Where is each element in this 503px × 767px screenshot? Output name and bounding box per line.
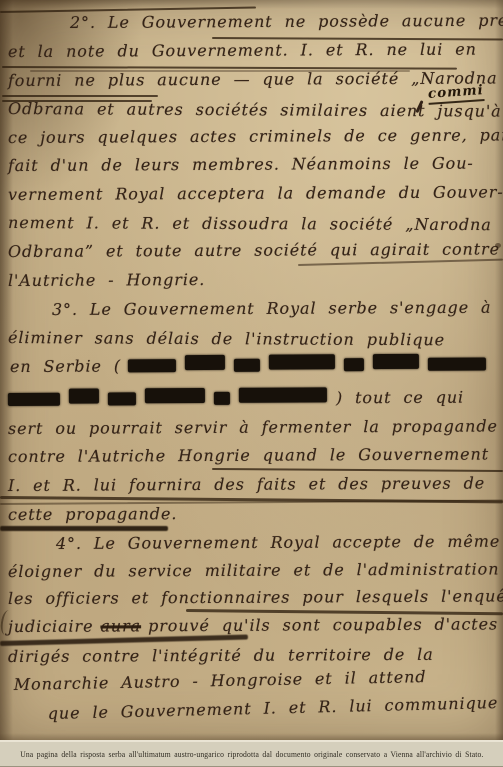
manuscript-line: vernement Royal acceptera la demande du …	[8, 182, 503, 205]
manuscript-line: nement I. et R. et dissoudra la société …	[8, 213, 492, 235]
underline-stroke	[2, 95, 158, 97]
caption-bar: Una pagina della risposta serba all'ulti…	[0, 740, 503, 767]
inserted-word: commi	[427, 82, 484, 105]
redaction-bar	[373, 354, 419, 369]
manuscript-line: ce jours quelques actes criminels de ce …	[8, 125, 503, 148]
manuscript-line-redacted: ) tout ce qui	[8, 388, 464, 411]
redaction-bar	[145, 388, 205, 403]
manuscript-line: et la note du Gouvernement. I. et R. ne …	[8, 40, 477, 62]
manuscript-line: dirigés contre l'intégrité du territoire…	[8, 645, 434, 667]
struck-word: aura	[100, 616, 141, 635]
redaction-bar	[428, 358, 486, 371]
redaction-bar	[128, 359, 176, 372]
manuscript-text: prouvé qu'ils sont coupables d'actes	[148, 614, 498, 635]
manuscript-line: Monarchie Austro - Hongroise et il atten…	[14, 667, 427, 695]
redaction-bar	[269, 354, 335, 369]
manuscript-line: Odbrana” et toute autre société qui agir…	[8, 239, 500, 262]
redaction-bar	[344, 358, 364, 371]
manuscript-line: fait d'un de leurs membres. Néanmoins le…	[8, 154, 474, 176]
manuscript-line: les officiers et fonctionnaires pour les…	[8, 586, 503, 609]
manuscript-line: que le Gouvernement I. et R. lui communi…	[48, 693, 499, 724]
manuscript-line: cette propagande.	[8, 504, 177, 525]
manuscript-line: I. et R. lui fournira des faits et des p…	[8, 474, 485, 496]
manuscript-line: 3°. Le Gouvernement Royal serbe s'engage…	[52, 298, 492, 320]
redaction-bar	[108, 392, 136, 405]
redaction-bars-row	[8, 389, 336, 411]
redaction-bar	[185, 355, 225, 370]
manuscript-line: sert ou pourrait servir à fermenter la p…	[8, 416, 498, 439]
redaction-bar	[69, 389, 99, 404]
underline-stroke	[0, 526, 168, 531]
manuscript-text: en Serbie (	[10, 356, 121, 376]
manuscript-page: 2°. Le Gouvernement ne possède aucune pr…	[0, 0, 503, 740]
manuscript-text: judiciaire	[8, 617, 94, 636]
manuscript-line: éloigner du service militaire et de l'ad…	[8, 559, 500, 582]
redaction-bar	[234, 359, 260, 372]
redaction-bar	[8, 393, 60, 406]
manuscript-line: contre l'Autriche Hongrie quand le Gouve…	[8, 444, 489, 467]
underline-stroke	[212, 468, 503, 472]
photo-caption: Una pagina della risposta serba all'ulti…	[20, 750, 483, 759]
manuscript-line: éliminer sans délais de l'instruction pu…	[8, 328, 445, 350]
redaction-bar	[214, 392, 230, 405]
redaction-bars-row	[128, 355, 495, 377]
underline-stroke	[30, 70, 410, 72]
manuscript-line-redacted: en Serbie (	[10, 354, 495, 378]
ink-speck	[495, 243, 501, 248]
manuscript-line: 4°. Le Gouvernement Royal accepte de mêm…	[56, 532, 503, 554]
manuscript-line-corrected: judiciaireauraprouvé qu'ils sont coupabl…	[8, 614, 498, 637]
manuscript-text: ) tout ce qui	[336, 388, 464, 408]
manuscript-line: l'Autriche - Hongrie.	[8, 270, 205, 291]
redaction-bar	[239, 387, 327, 402]
underline-stroke	[2, 100, 152, 102]
manuscript-line: 2°. Le Gouvernement ne possède aucune pr…	[70, 11, 503, 33]
document-photo-page: 2°. Le Gouvernement ne possède aucune pr…	[0, 0, 503, 767]
